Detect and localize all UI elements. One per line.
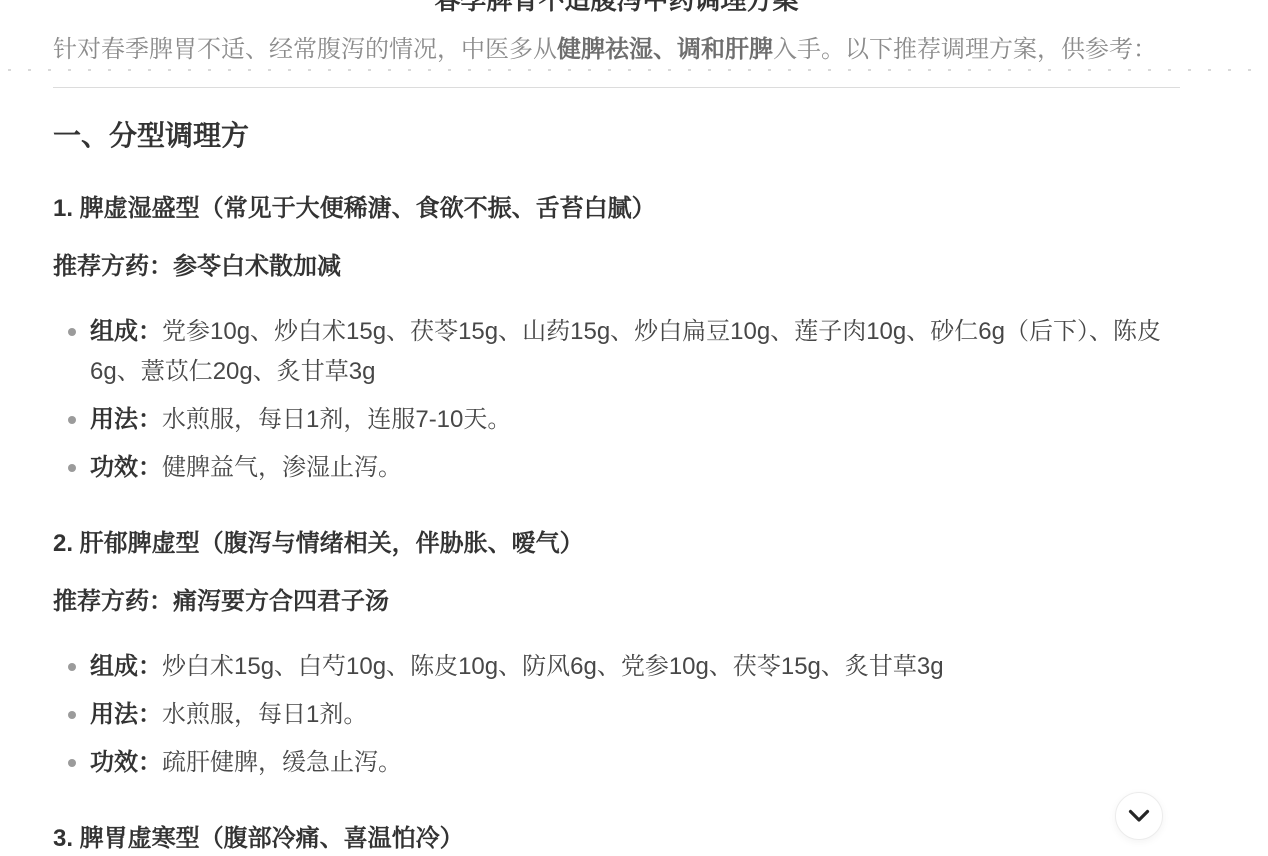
section-divider [53,87,1180,88]
scroll-to-bottom-button[interactable] [1115,792,1163,840]
chevron-down-icon [1128,809,1150,823]
item-label: 功效： [90,749,162,776]
document-page: 春季脾胃不适腹泻中药调理方案 针对春季脾胃不适、经常腹泻的情况，中医多从健脾祛湿… [0,0,1268,856]
list-item: 功效：疏肝健脾，缓急止泻。 [90,743,1180,783]
list-item: 组成：炒白术15g、白芍10g、陈皮10g、防风6g、党参10g、茯苓15g、炙… [90,647,1180,687]
type-2-heading: 2. 肝郁脾虚型（腹泻与情绪相关，伴胁胀、嗳气） [53,529,1180,559]
item-text: 水煎服，每日1剂。 [162,701,367,728]
intro-text-post: 入手。以下推荐调理方案，供参考： [773,36,1157,63]
type-1-recommended-formula: 推荐方药：参苓白术散加减 [53,252,1180,282]
type-1-detail-list: 组成：党参10g、炒白术15g、茯苓15g、山药15g、炒白扁豆10g、莲子肉1… [53,312,1180,488]
type-section-2: 2. 肝郁脾虚型（腹泻与情绪相关，伴胁胀、嗳气） 推荐方药：痛泻要方合四君子汤 … [53,529,1180,783]
item-label: 用法： [90,701,162,728]
item-text: 健脾益气，渗湿止泻。 [162,454,402,481]
dotted-divider [8,69,1264,71]
item-label: 功效： [90,454,162,481]
rx-label: 推荐方药： [53,588,173,615]
intro-text-pre: 针对春季脾胃不适、经常腹泻的情况，中医多从 [53,36,557,63]
rx-name: 痛泻要方合四君子汤 [173,588,389,615]
type-2-detail-list: 组成：炒白术15g、白芍10g、陈皮10g、防风6g、党参10g、茯苓15g、炙… [53,647,1180,783]
type-1-heading: 1. 脾虚湿盛型（常见于大便稀溏、食欲不振、舌苔白腻） [53,194,1180,224]
intro-paragraph: 针对春季脾胃不适、经常腹泻的情况，中医多从健脾祛湿、调和肝脾入手。以下推荐调理方… [53,35,1180,65]
item-label: 用法： [90,406,162,433]
item-text: 党参10g、炒白术15g、茯苓15g、山药15g、炒白扁豆10g、莲子肉10g、… [90,318,1161,385]
list-item: 组成：党参10g、炒白术15g、茯苓15g、山药15g、炒白扁豆10g、莲子肉1… [90,312,1180,392]
section-heading: 一、分型调理方 [53,119,1180,153]
document-content: 春季脾胃不适腹泻中药调理方案 针对春季脾胃不适、经常腹泻的情况，中医多从健脾祛湿… [53,0,1180,854]
type-2-recommended-formula: 推荐方药：痛泻要方合四君子汤 [53,587,1180,617]
item-text: 水煎服，每日1剂，连服7-10天。 [162,406,511,433]
intro-text-bold: 健脾祛湿、调和肝脾 [557,36,773,63]
type-section-3: 3. 脾胃虚寒型（腹部冷痛、喜温怕冷） [53,824,1180,854]
item-label: 组成： [90,653,162,680]
list-item: 用法：水煎服，每日1剂。 [90,695,1180,735]
rx-label: 推荐方药： [53,253,173,280]
rx-name: 参苓白术散加减 [173,253,341,280]
list-item: 用法：水煎服，每日1剂，连服7-10天。 [90,400,1180,440]
item-label: 组成： [90,318,162,345]
item-text: 疏肝健脾，缓急止泻。 [162,749,402,776]
item-text: 炒白术15g、白芍10g、陈皮10g、防风6g、党参10g、茯苓15g、炙甘草3… [162,653,944,680]
page-title: 春季脾胃不适腹泻中药调理方案 [53,0,1180,13]
type-3-heading: 3. 脾胃虚寒型（腹部冷痛、喜温怕冷） [53,824,1180,854]
list-item: 功效：健脾益气，渗湿止泻。 [90,448,1180,488]
type-section-1: 1. 脾虚湿盛型（常见于大便稀溏、食欲不振、舌苔白腻） 推荐方药：参苓白术散加减… [53,194,1180,488]
